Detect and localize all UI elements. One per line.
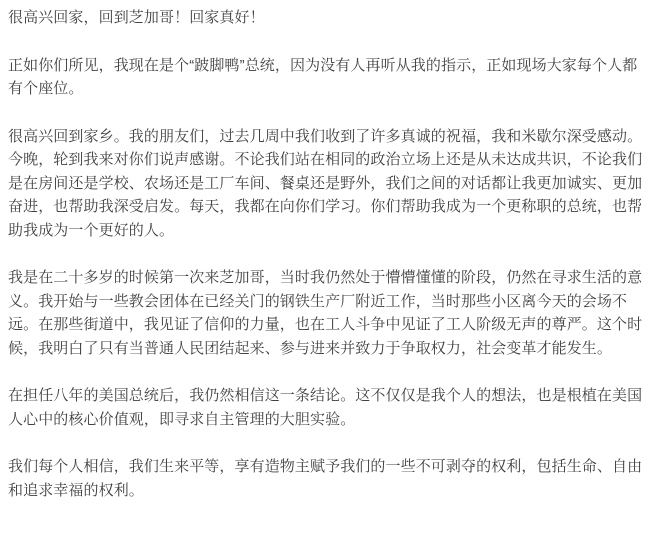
paragraph: 我是在二十多岁的时候第一次来芝加哥，当时我仍然处于懵懵懂懂的阶段，仍然在寻求生活… [8, 266, 645, 360]
paragraph: 正如你们所见，我现在是个“跛脚鸭”总统，因为没有人再听从我的指示，正如现场大家每… [8, 54, 645, 101]
paragraph: 很高兴回家，回到芝加哥！回家真好！ [8, 6, 645, 30]
paragraph: 我们每个人相信，我们生来平等，享有造物主赋予我们的一些不可剥夺的权利，包括生命、… [8, 455, 645, 502]
paragraph: 在担任八年的美国总统后，我仍然相信这一条结论。这不仅仅是我个人的想法，也是根植在… [8, 384, 645, 431]
paragraph: 很高兴回到家乡。我的朋友们，过去几周中我们收到了许多真诚的祝福，我和米歇尔深受感… [8, 125, 645, 243]
article-page: 很高兴回家，回到芝加哥！回家真好！ 正如你们所见，我现在是个“跛脚鸭”总统，因为… [0, 0, 650, 547]
article-body: 很高兴回家，回到芝加哥！回家真好！ 正如你们所见，我现在是个“跛脚鸭”总统，因为… [8, 6, 645, 502]
